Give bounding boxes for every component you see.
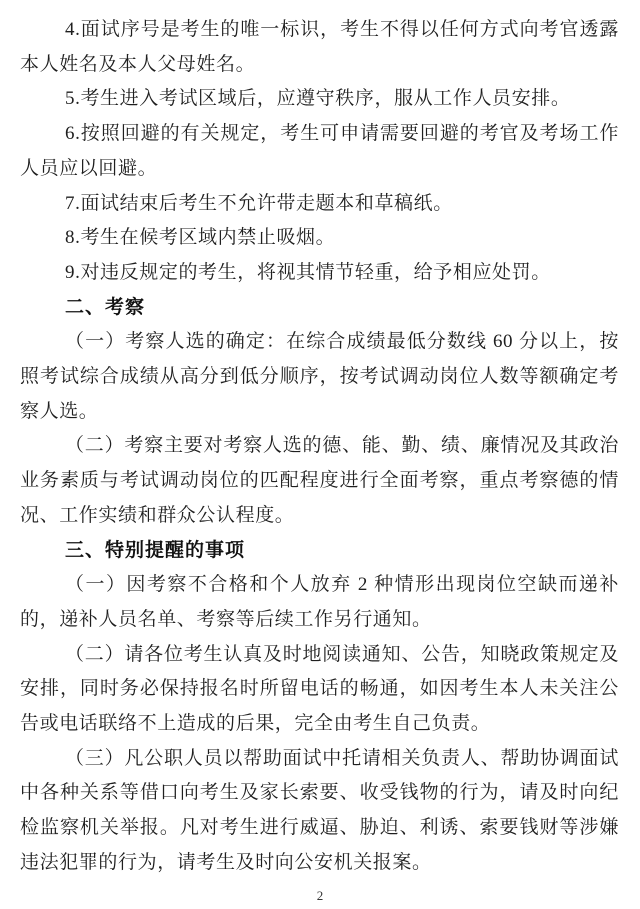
paragraph-item-4: 4.面试序号是考生的唯一标识，考生不得以任何方式向考官透露本人姓名及本人父母姓名… [20, 13, 619, 82]
paragraph-item-8: 8.考生在候考区域内禁止吸烟。 [20, 221, 619, 256]
document-body: 4.面试序号是考生的唯一标识，考生不得以任何方式向考官透露本人姓名及本人父母姓名… [20, 13, 619, 881]
paragraph-tixing-3: （三）凡公职人员以帮助面试中托请相关负责人、帮助协调面试中各种关系等借口向考生及… [20, 742, 619, 881]
section-heading-kaocha: 二、考察 [20, 291, 619, 326]
paragraph-item-6: 6.按照回避的有关规定，考生可申请需要回避的考官及考场工作人员应以回避。 [20, 117, 619, 186]
paragraph-item-5: 5.考生进入考试区域后，应遵守秩序，服从工作人员安排。 [20, 82, 619, 117]
document-page: 4.面试序号是考生的唯一标识，考生不得以任何方式向考官透露本人姓名及本人父母姓名… [0, 0, 640, 909]
page-number: 2 [0, 888, 640, 903]
paragraph-kaocha-1: （一）考察人选的确定：在综合成绩最低分数线 60 分以上，按照考试综合成绩从高分… [20, 325, 619, 429]
paragraph-tixing-1: （一）因考察不合格和个人放弃 2 种情形出现岗位空缺而递补的，递补人员名单、考察… [20, 568, 619, 637]
paragraph-kaocha-2: （二）考察主要对考察人选的德、能、勤、绩、廉情况及其政治业务素质与考试调动岗位的… [20, 429, 619, 533]
paragraph-item-7: 7.面试结束后考生不允许带走题本和草稿纸。 [20, 187, 619, 222]
paragraph-tixing-2: （二）请各位考生认真及时地阅读通知、公告，知晓政策规定及安排，同时务必保持报名时… [20, 638, 619, 742]
section-heading-tebie-tixing: 三、特别提醒的事项 [20, 534, 619, 569]
paragraph-item-9: 9.对违反规定的考生，将视其情节轻重，给予相应处罚。 [20, 256, 619, 291]
